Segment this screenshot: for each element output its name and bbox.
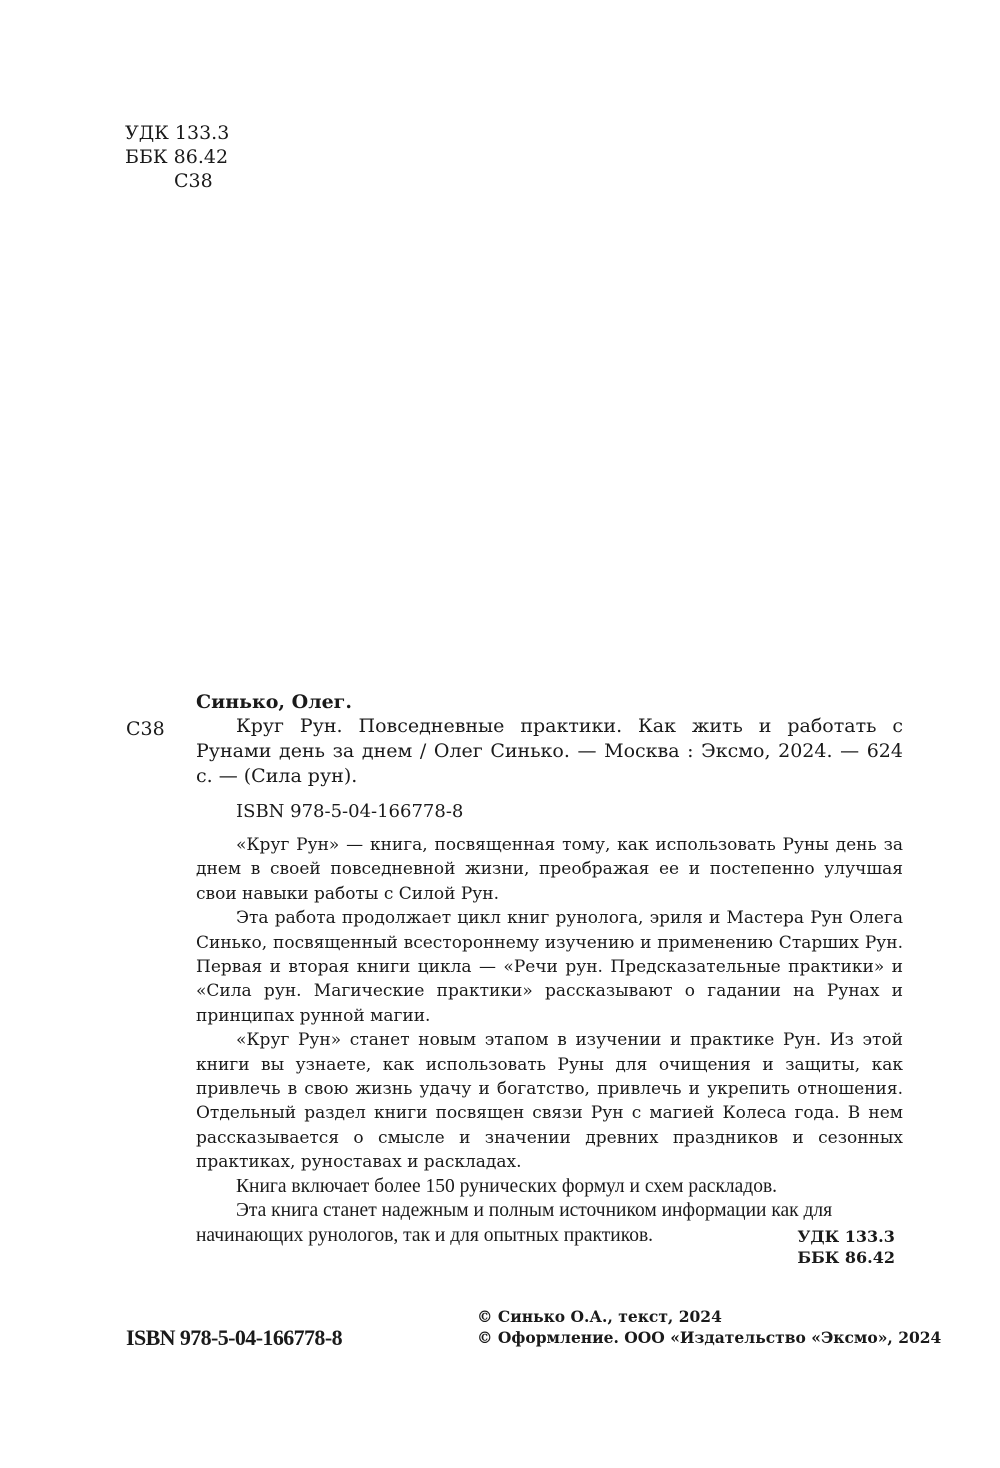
annotation-paragraph: Эта работа продолжает цикл книг рунолога… [196,906,903,1028]
copyright-text: © Синько О.А., текст, 2024 [477,1306,941,1327]
bbk-code: ББК 86.42 [125,145,229,169]
classification-codes-bottom: УДК 133.3 ББК 86.42 [797,1226,895,1268]
author-heading: Синько, Олег. [196,690,903,714]
copyright-design: © Оформление. ООО «Издательство «Эксмо»,… [477,1327,941,1348]
annotation-paragraph: «Круг Рун» станет новым этапом в изучени… [196,1028,903,1174]
udk-code: УДК 133.3 [125,121,229,145]
annotation-paragraph: «Круг Рун» — книга, посвященная тому, ка… [196,833,903,906]
isbn-line: ISBN 978-5-04-166778-8 [196,799,903,825]
isbn-bottom: ISBN 978-5-04-166778-8 [126,1325,342,1351]
catalog-card: Синько, Олег. Круг Рун. Повседневные пра… [196,690,903,1248]
udk-code: УДК 133.3 [797,1226,895,1247]
bibliographic-description: Круг Рун. Повседневные практики. Как жит… [196,714,903,789]
author-sign: С38 [125,169,229,193]
copyright-block: © Синько О.А., текст, 2024 © Оформление.… [477,1306,941,1348]
annotation: «Круг Рун» — книга, посвященная тому, ка… [196,833,903,1248]
annotation-paragraph: Книга включает более 150 рунических форм… [196,1175,903,1199]
catalog-author-sign: С38 [126,718,165,740]
classification-codes-top: УДК 133.3 ББК 86.42 С38 [125,121,229,193]
bbk-code: ББК 86.42 [797,1247,895,1268]
